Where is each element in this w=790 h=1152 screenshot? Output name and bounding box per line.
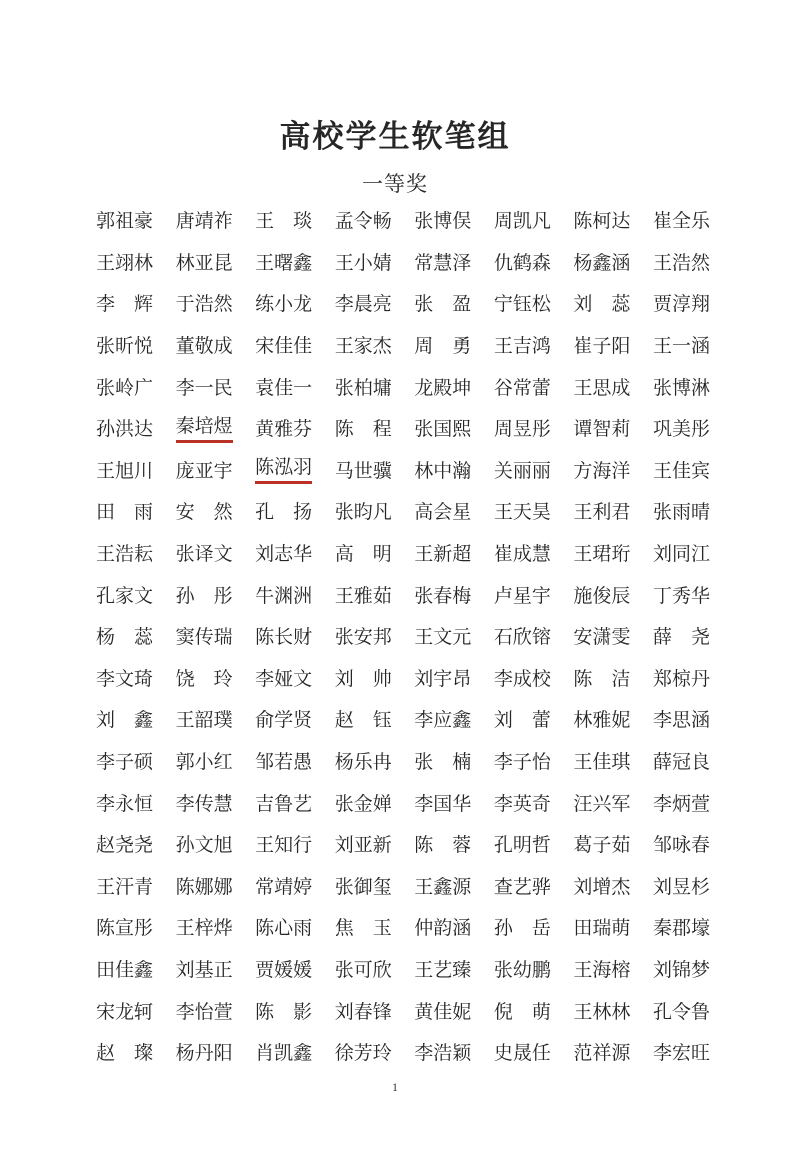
name-cell: 宁钰松	[494, 295, 551, 314]
name-cell: 窦传瑞	[176, 628, 233, 647]
name-cell: 宋佳佳	[255, 337, 312, 356]
name-cell: 刘志华	[255, 545, 312, 564]
name-cell: 李 辉	[96, 295, 153, 314]
name-cell: 赵 璨	[96, 1044, 153, 1063]
name-cell: 王浩耘	[96, 545, 153, 564]
name-cell: 葛子茹	[573, 836, 630, 855]
name-cell: 李子硕	[96, 753, 153, 772]
name-cell: 陈 蓉	[414, 836, 471, 855]
name-cell: 李思涵	[653, 711, 710, 730]
name-cell: 张安邦	[335, 628, 392, 647]
name-cell: 崔成慧	[494, 545, 551, 564]
name-cell: 李宏旺	[653, 1044, 710, 1063]
name-cell: 崔子阳	[573, 337, 630, 356]
name-cell: 李晨亮	[335, 295, 392, 314]
name-cell: 徐芳玲	[335, 1044, 392, 1063]
name-cell: 刘 帅	[335, 670, 392, 689]
name-row: 李文琦饶 玲李娅文刘 帅刘宇昂李成校陈 洁郑椋丹	[96, 659, 710, 701]
name-cell: 张柏墉	[335, 379, 392, 398]
name-cell: 李子怡	[494, 753, 551, 772]
name-cell: 杨丹阳	[176, 1044, 233, 1063]
name-row: 李子硕郭小红邹若愚杨乐冉张 楠李子怡王佳琪薛冠良	[96, 742, 710, 784]
name-cell: 肖凯鑫	[255, 1044, 312, 1063]
name-cell: 张雨晴	[653, 503, 710, 522]
name-cell: 史晟任	[494, 1044, 551, 1063]
name-row: 王翊林林亚昆王曙鑫王小婧常慧泽仇鹤森杨鑫涵王浩然	[96, 243, 710, 285]
name-cell: 陈 洁	[573, 670, 630, 689]
name-cell: 王汗青	[96, 878, 153, 897]
name-cell: 谭智莉	[573, 420, 630, 439]
name-row: 王浩耘张译文刘志华高 明王新超崔成慧王珺珩刘同江	[96, 534, 710, 576]
name-cell: 陈心雨	[255, 919, 312, 938]
name-cell: 孟令畅	[335, 212, 392, 231]
name-cell: 李炳萱	[653, 795, 710, 814]
name-cell: 田瑞萌	[573, 919, 630, 938]
name-cell: 王知行	[255, 836, 312, 855]
name-cell: 李娅文	[255, 670, 312, 689]
name-cell: 孙文旭	[176, 836, 233, 855]
name-cell: 王文元	[414, 628, 471, 647]
name-cell: 郭祖豪	[96, 212, 153, 231]
name-cell: 刘昱杉	[653, 878, 710, 897]
name-cell: 邹若愚	[255, 753, 312, 772]
name-cell: 刘增杰	[573, 878, 630, 897]
name-cell: 张 楠	[414, 753, 471, 772]
name-cell: 王鑫源	[414, 878, 471, 897]
name-cell: 杨 蕊	[96, 628, 153, 647]
name-cell: 庞亚宇	[176, 462, 233, 481]
name-cell: 田 雨	[96, 503, 153, 522]
name-cell: 李应鑫	[414, 711, 471, 730]
name-row: 王旭川庞亚宇陈泓羽马世骥林中瀚关丽丽方海洋王佳宾	[96, 451, 710, 493]
name-cell: 陈娜娜	[176, 878, 233, 897]
name-cell: 仲韵涵	[414, 919, 471, 938]
name-cell: 李一民	[176, 379, 233, 398]
name-cell: 高 明	[335, 545, 392, 564]
name-cell: 王佳琪	[573, 753, 630, 772]
name-cell: 孔令鲁	[653, 1003, 710, 1022]
name-cell: 汪兴军	[573, 795, 630, 814]
page-title: 高校学生软笔组	[0, 0, 790, 154]
name-row: 郭祖豪唐靖祚王 琰孟令畅张博俣周凯凡陈柯达崔全乐	[96, 201, 710, 243]
name-cell: 周昱彤	[494, 420, 551, 439]
name-cell: 孙 岳	[494, 919, 551, 938]
name-cell: 陈 影	[255, 1003, 312, 1022]
name-cell: 巩美彤	[653, 420, 710, 439]
name-cell: 宋龙轲	[96, 1003, 153, 1022]
name-cell: 刘锦梦	[653, 961, 710, 980]
name-cell: 仇鹤森	[494, 254, 551, 273]
name-cell: 饶 玲	[176, 670, 233, 689]
name-row: 李 辉于浩然练小龙李晨亮张 盈宁钰松刘 蕊贾淳翔	[96, 284, 710, 326]
name-cell: 张春梅	[414, 587, 471, 606]
name-cell: 黄雅芬	[255, 420, 312, 439]
name-cell: 王一涵	[653, 337, 710, 356]
name-row: 赵 璨杨丹阳肖凯鑫徐芳玲李浩颖史晟任范祥源李宏旺	[96, 1033, 710, 1075]
name-cell: 于浩然	[176, 295, 233, 314]
name-cell: 刘亚新	[335, 836, 392, 855]
name-cell: 崔全乐	[653, 212, 710, 231]
name-cell: 范祥源	[573, 1044, 630, 1063]
award-level-subtitle: 一等奖	[0, 171, 790, 198]
name-cell: 秦郡壕	[653, 919, 710, 938]
name-cell: 马世骥	[335, 462, 392, 481]
name-cell: 卢星宇	[494, 587, 551, 606]
name-cell: 郑椋丹	[653, 670, 710, 689]
name-cell: 孔家文	[96, 587, 153, 606]
page-number: 1	[0, 1080, 790, 1095]
name-cell: 安 然	[176, 503, 233, 522]
name-row: 李永恒李传慧吉鲁艺张金婵李国华李英奇汪兴军李炳萱	[96, 783, 710, 825]
document-page: 高校学生软笔组 一等奖 郭祖豪唐靖祚王 琰孟令畅张博俣周凯凡陈柯达崔全乐王翊林林…	[0, 0, 790, 1152]
name-cell: 王家杰	[335, 337, 392, 356]
name-cell: 谷常蕾	[494, 379, 551, 398]
name-cell: 王新超	[414, 545, 471, 564]
name-row: 宋龙轲李怡萱陈 影刘春锋黄佳妮倪 萌王林林孔令鲁	[96, 991, 710, 1033]
name-cell: 张岭广	[96, 379, 153, 398]
name-cell: 王海榕	[573, 961, 630, 980]
name-cell: 王天昊	[494, 503, 551, 522]
name-cell: 刘基正	[176, 961, 233, 980]
name-cell: 张博俣	[414, 212, 471, 231]
name-cell: 张国熙	[414, 420, 471, 439]
name-cell: 黄佳妮	[414, 1003, 471, 1022]
name-cell: 董敬成	[176, 337, 233, 356]
name-cell: 张昕悦	[96, 337, 153, 356]
name-cell: 周 勇	[414, 337, 471, 356]
name-row: 张昕悦董敬成宋佳佳王家杰周 勇王吉鸿崔子阳王一涵	[96, 326, 710, 368]
name-cell: 牛渊洲	[255, 587, 312, 606]
name-cell: 吉鲁艺	[255, 795, 312, 814]
winner-name-grid: 郭祖豪唐靖祚王 琰孟令畅张博俣周凯凡陈柯达崔全乐王翊林林亚昆王曙鑫王小婧常慧泽仇…	[96, 201, 710, 1074]
name-row: 赵尧尧孙文旭王知行刘亚新陈 蓉孔明哲葛子茹邹咏春	[96, 825, 710, 867]
name-cell: 王吉鸿	[494, 337, 551, 356]
name-cell: 查艺骅	[494, 878, 551, 897]
name-cell: 练小龙	[255, 295, 312, 314]
name-cell: 张昀凡	[335, 503, 392, 522]
name-cell: 高会星	[414, 503, 471, 522]
name-cell: 杨鑫涵	[573, 254, 630, 273]
name-cell: 李永恒	[96, 795, 153, 814]
name-cell: 赵 钰	[335, 711, 392, 730]
name-cell: 刘同江	[653, 545, 710, 564]
name-cell: 陈 程	[335, 420, 392, 439]
name-cell: 王 琰	[255, 212, 312, 231]
name-cell: 刘 蕾	[494, 711, 551, 730]
name-cell: 唐靖祚	[176, 212, 233, 231]
name-cell: 王梓烨	[176, 919, 233, 938]
name-cell: 李国华	[414, 795, 471, 814]
name-cell: 薛冠良	[653, 753, 710, 772]
name-cell: 田佳鑫	[96, 961, 153, 980]
name-cell: 焦 玉	[335, 919, 392, 938]
name-cell: 王小婧	[335, 254, 392, 273]
name-cell: 丁秀华	[653, 587, 710, 606]
name-cell: 关丽丽	[494, 462, 551, 481]
name-cell: 刘 鑫	[96, 711, 153, 730]
name-cell: 龙殿坤	[414, 379, 471, 398]
name-cell: 刘春锋	[335, 1003, 392, 1022]
name-cell: 王浩然	[653, 254, 710, 273]
name-cell: 王珺珩	[573, 545, 630, 564]
name-cell: 李成校	[494, 670, 551, 689]
name-cell: 李传慧	[176, 795, 233, 814]
name-cell: 王曙鑫	[255, 254, 312, 273]
name-row: 刘 鑫王韶璞俞学贤赵 钰李应鑫刘 蕾林雅妮李思涵	[96, 700, 710, 742]
name-cell: 周凯凡	[494, 212, 551, 231]
name-cell: 王佳宾	[653, 462, 710, 481]
name-cell: 李怡萱	[176, 1003, 233, 1022]
name-cell: 王思成	[573, 379, 630, 398]
name-cell: 陈长财	[255, 628, 312, 647]
name-cell: 秦培煜	[176, 417, 233, 443]
name-cell: 张金婵	[335, 795, 392, 814]
name-cell: 常慧泽	[414, 254, 471, 273]
name-cell: 郭小红	[176, 753, 233, 772]
name-cell: 林亚昆	[176, 254, 233, 273]
name-row: 杨 蕊窦传瑞陈长财张安邦王文元石欣镕安潇雯薛 尧	[96, 617, 710, 659]
name-cell: 王艺臻	[414, 961, 471, 980]
name-cell: 施俊辰	[573, 587, 630, 606]
name-cell: 薛 尧	[653, 628, 710, 647]
name-cell: 安潇雯	[573, 628, 630, 647]
name-cell: 王翊林	[96, 254, 153, 273]
name-cell: 贾媛媛	[255, 961, 312, 980]
name-cell: 陈宣彤	[96, 919, 153, 938]
name-row: 张岭广李一民袁佳一张柏墉龙殿坤谷常蕾王思成张博淋	[96, 367, 710, 409]
name-cell: 张可欣	[335, 961, 392, 980]
name-cell: 王韶璞	[176, 711, 233, 730]
name-cell: 倪 萌	[494, 1003, 551, 1022]
name-cell: 方海洋	[573, 462, 630, 481]
name-cell: 赵尧尧	[96, 836, 153, 855]
name-row: 孙洪达秦培煜黄雅芬陈 程张国熙周昱彤谭智莉巩美彤	[96, 409, 710, 451]
name-cell: 张 盈	[414, 295, 471, 314]
name-row: 王汗青陈娜娜常靖婷张御玺王鑫源查艺骅刘增杰刘昱杉	[96, 867, 710, 909]
name-cell: 孙洪达	[96, 420, 153, 439]
name-cell: 张幼鹏	[494, 961, 551, 980]
name-row: 陈宣彤王梓烨陈心雨焦 玉仲韵涵孙 岳田瑞萌秦郡壕	[96, 908, 710, 950]
name-cell: 石欣镕	[494, 628, 551, 647]
name-cell: 孔 扬	[255, 503, 312, 522]
name-cell: 袁佳一	[255, 379, 312, 398]
name-cell: 孙 彤	[176, 587, 233, 606]
name-cell: 孔明哲	[494, 836, 551, 855]
name-cell: 杨乐冉	[335, 753, 392, 772]
name-cell: 张译文	[176, 545, 233, 564]
name-cell: 刘宇昂	[414, 670, 471, 689]
name-cell: 刘 蕊	[573, 295, 630, 314]
name-cell: 王林林	[573, 1003, 630, 1022]
name-cell: 李英奇	[494, 795, 551, 814]
name-cell: 陈泓羽	[255, 458, 312, 484]
name-cell: 张博淋	[653, 379, 710, 398]
name-cell: 李浩颖	[414, 1044, 471, 1063]
name-cell: 王雅茹	[335, 587, 392, 606]
name-cell: 张御玺	[335, 878, 392, 897]
name-cell: 常靖婷	[255, 878, 312, 897]
name-cell: 李文琦	[96, 670, 153, 689]
name-cell: 林中瀚	[414, 462, 471, 481]
name-row: 田佳鑫刘基正贾媛媛张可欣王艺臻张幼鹏王海榕刘锦梦	[96, 950, 710, 992]
name-cell: 俞学贤	[255, 711, 312, 730]
name-cell: 陈柯达	[573, 212, 630, 231]
name-row: 孔家文孙 彤牛渊洲王雅茹张春梅卢星宇施俊辰丁秀华	[96, 575, 710, 617]
name-row: 田 雨安 然孔 扬张昀凡高会星王天昊王利君张雨晴	[96, 492, 710, 534]
name-cell: 王旭川	[96, 462, 153, 481]
name-cell: 王利君	[573, 503, 630, 522]
name-cell: 贾淳翔	[653, 295, 710, 314]
name-cell: 林雅妮	[573, 711, 630, 730]
name-cell: 邹咏春	[653, 836, 710, 855]
